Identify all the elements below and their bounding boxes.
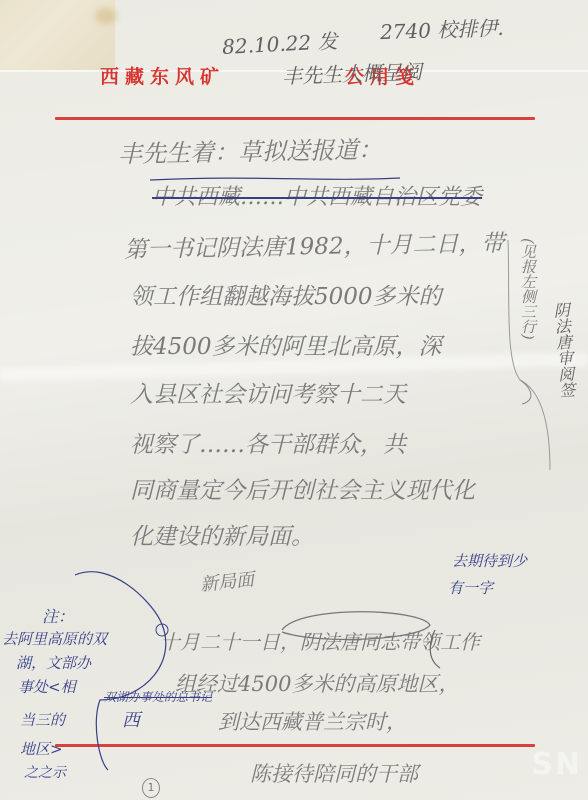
body-line: 同商量定今后开创社会主义现代化 xyxy=(130,472,475,505)
inserted-word: 新局面 xyxy=(199,565,255,597)
struck-word: 西 xyxy=(122,706,140,732)
letterhead-rule xyxy=(55,117,535,120)
struck-ink-note: 双湖办事处的总书记 xyxy=(104,688,212,705)
ink-note-right-2: 有一字 xyxy=(448,577,493,598)
lower-line: 陈接待陪同的干部 xyxy=(250,758,418,788)
body-line: 领工作组翻越海拔5000多米的 xyxy=(130,278,442,311)
margin-note-line: 地区> xyxy=(20,738,63,759)
lower-line: 十月二十一日，阴法唐同志带领工作 xyxy=(160,626,480,655)
inline-note: 丰先生大概呈阅 xyxy=(282,56,423,90)
margin-note-line: 当三的 xyxy=(20,709,65,730)
body-line: 第一书记阴法唐1982，十月二日，带 xyxy=(124,225,505,265)
body-line: 视察了……各干部群众，共 xyxy=(130,426,406,459)
margin-signature: 阴法唐审阅签 xyxy=(549,301,579,398)
ink-note-right: 去期待到少 xyxy=(452,550,527,571)
margin-note-line: 事处<相 xyxy=(18,676,76,697)
letterhead-organization: 西藏东风矿 xyxy=(100,62,225,89)
lower-line: 到达西藏普兰宗时， xyxy=(218,706,407,736)
body-line-struck: 中共西藏……中共西藏自治区党委 xyxy=(152,180,482,211)
margin-note-line: 去阿里高原的双 xyxy=(2,628,107,649)
body-line: 化建设的新局面。 xyxy=(130,518,314,551)
stain xyxy=(95,8,117,24)
margin-note-line: 之之示 xyxy=(24,762,66,782)
margin-note: (见报左侧三行) xyxy=(518,238,539,340)
date-note: 82.10.22 发 xyxy=(221,25,338,60)
watermark: SN xyxy=(531,747,582,782)
footer-rule xyxy=(55,744,535,747)
margin-note-line: 湖，文部办 xyxy=(16,652,91,673)
body-line: 拔4500多米的阿里北高原，深 xyxy=(130,328,442,361)
document-page: 82.10.22 发 2740 校排伊. 西藏东风矿 公用笺 丰先生大概呈阅 丰… xyxy=(0,0,588,800)
margin-note-line: 注： xyxy=(42,604,74,627)
page-number: 1 xyxy=(142,778,160,798)
header-right-note: 2740 校排伊. xyxy=(380,12,505,45)
body-line: 入县区社会访问考察十二天 xyxy=(130,376,406,409)
lower-line: 组经过4500多米的高原地区， xyxy=(175,668,459,698)
salutation: 丰先生着：草拟送报道： xyxy=(118,130,383,170)
